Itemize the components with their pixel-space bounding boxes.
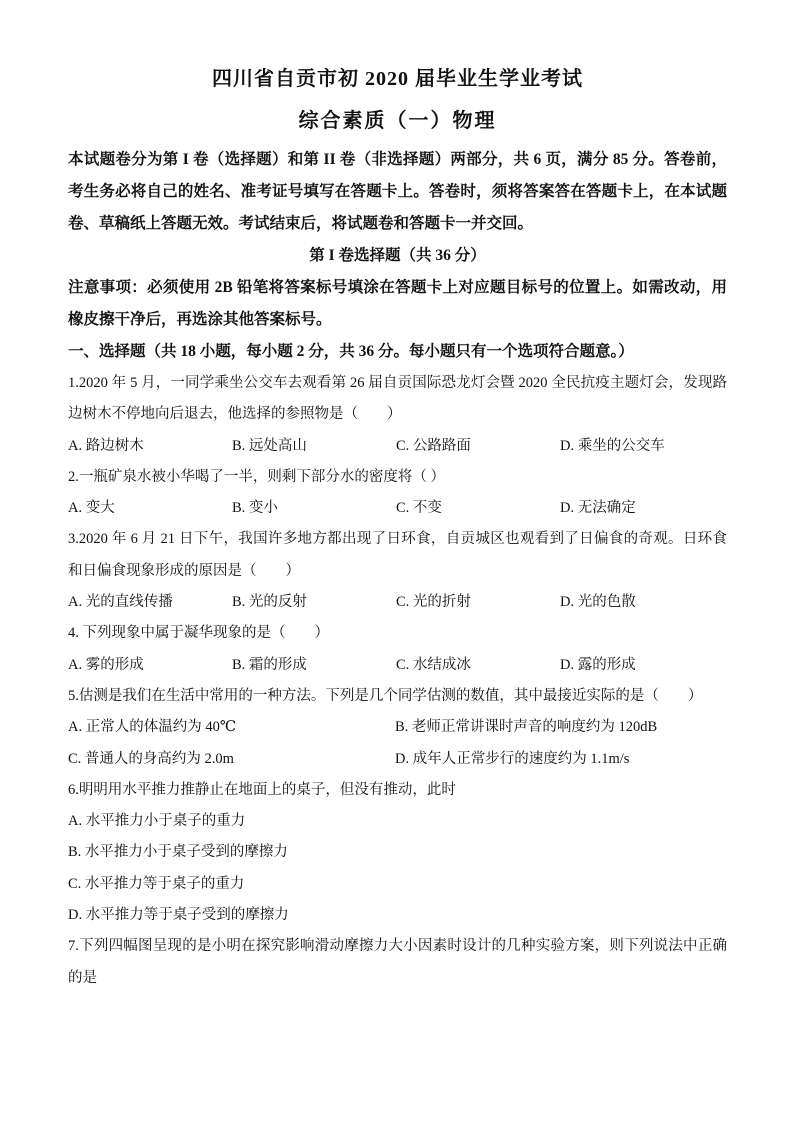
option: C. 不变	[396, 493, 560, 524]
question-6: 6.明明用水平推力推静止在地面上的桌子，但没有推动，此时A. 水平推力小于桌子的…	[68, 775, 727, 931]
option: A. 变大	[68, 493, 232, 524]
question-stem: 3.2020 年 6 月 21 日下午，我国许多地方都出现了日环食，自贡城区也观…	[68, 524, 727, 587]
exam-instructions: 本试题卷分为第 I 卷（选择题）和第 II 卷（非选择题）两部分，共 6 页，满…	[68, 144, 727, 240]
option: D. 水平推力等于桌子受到的摩擦力	[68, 900, 727, 931]
option: B. 光的反射	[232, 587, 396, 618]
option: D. 乘坐的公交车	[560, 431, 727, 462]
options-group: A. 变大B. 变小C. 不变D. 无法确定	[68, 493, 727, 524]
options-group: A. 光的直线传播B. 光的反射C. 光的折射D. 光的色散	[68, 587, 727, 618]
options-group: A. 水平推力小于桌子的重力B. 水平推力小于桌子受到的摩擦力C. 水平推力等于…	[68, 806, 727, 931]
option: D. 成年人正常步行的速度约为 1.1m/s	[395, 744, 727, 775]
option: B. 变小	[232, 493, 396, 524]
question-1: 1.2020 年 5 月，一同学乘坐公交车去观看第 26 届自贡国际恐龙灯会暨 …	[68, 368, 727, 462]
doc-title: 四川省自贡市初 2020 届毕业生学业考试	[68, 64, 727, 94]
part-heading: 一、选择题（共 18 小题，每小题 2 分，共 36 分。每小题只有一个选项符合…	[68, 336, 727, 368]
option: A. 水平推力小于桌子的重力	[68, 806, 727, 837]
options-group: A. 正常人的体温约为 40℃B. 老师正常讲课时声音的响度约为 120dBC.…	[68, 712, 727, 775]
option: D. 无法确定	[560, 493, 727, 524]
question-4: 4. 下列现象中属于凝华现象的是（ ）A. 雾的形成B. 霜的形成C. 水结成冰…	[68, 618, 727, 681]
question-stem: 2.一瓶矿泉水被小华喝了一半，则剩下部分水的密度将（ ）	[68, 462, 727, 493]
option: C. 水结成冰	[396, 650, 560, 681]
option: C. 公路路面	[396, 431, 560, 462]
option: B. 老师正常讲课时声音的响度约为 120dB	[395, 712, 727, 743]
question-5: 5.估测是我们在生活中常用的一种方法。下列是几个同学估测的数值，其中最接近实际的…	[68, 681, 727, 775]
option: A. 路边树木	[68, 431, 232, 462]
question-stem: 5.估测是我们在生活中常用的一种方法。下列是几个同学估测的数值，其中最接近实际的…	[68, 681, 727, 712]
option: D. 光的色散	[560, 587, 727, 618]
question-7: 7.下列四幅图呈现的是小明在探究影响滑动摩擦力大小因素时设计的几种实验方案，则下…	[68, 931, 727, 994]
notice-paragraph: 注意事项：必须使用 2B 铅笔将答案标号填涂在答题卡上对应题目标号的位置上。如需…	[68, 272, 727, 336]
doc-subtitle: 综合素质（一）物理	[68, 106, 727, 136]
question-2: 2.一瓶矿泉水被小华喝了一半，则剩下部分水的密度将（ ）A. 变大B. 变小C.…	[68, 462, 727, 525]
question-stem: 7.下列四幅图呈现的是小明在探究影响滑动摩擦力大小因素时设计的几种实验方案，则下…	[68, 931, 727, 994]
option: A. 雾的形成	[68, 650, 232, 681]
options-group: A. 雾的形成B. 霜的形成C. 水结成冰D. 露的形成	[68, 650, 727, 681]
option: B. 水平推力小于桌子受到的摩擦力	[68, 837, 727, 868]
option: C. 光的折射	[396, 587, 560, 618]
option: C. 普通人的身高约为 2.0m	[68, 744, 395, 775]
option: D. 露的形成	[560, 650, 727, 681]
option: A. 正常人的体温约为 40℃	[68, 712, 395, 743]
option: B. 霜的形成	[232, 650, 396, 681]
option: A. 光的直线传播	[68, 587, 232, 618]
option: B. 远处高山	[232, 431, 396, 462]
section-heading: 第 I 卷选择题（共 36 分）	[68, 240, 727, 272]
question-stem: 4. 下列现象中属于凝华现象的是（ ）	[68, 618, 727, 649]
option: C. 水平推力等于桌子的重力	[68, 869, 727, 900]
question-list: 1.2020 年 5 月，一同学乘坐公交车去观看第 26 届自贡国际恐龙灯会暨 …	[68, 368, 727, 994]
question-3: 3.2020 年 6 月 21 日下午，我国许多地方都出现了日环食，自贡城区也观…	[68, 524, 727, 618]
question-stem: 1.2020 年 5 月，一同学乘坐公交车去观看第 26 届自贡国际恐龙灯会暨 …	[68, 368, 727, 431]
question-stem: 6.明明用水平推力推静止在地面上的桌子，但没有推动，此时	[68, 775, 727, 806]
options-group: A. 路边树木B. 远处高山C. 公路路面D. 乘坐的公交车	[68, 431, 727, 462]
exam-paper-page: 四川省自贡市初 2020 届毕业生学业考试 综合素质（一）物理 本试题卷分为第 …	[0, 0, 793, 1122]
